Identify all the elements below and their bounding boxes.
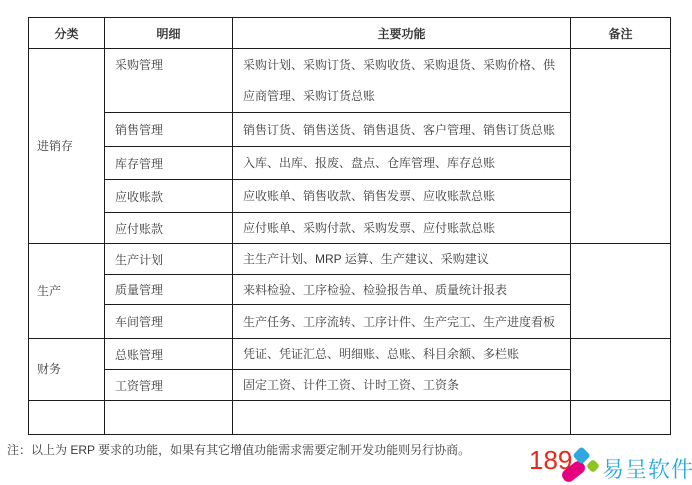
table-row: 生产 生产计划 主生产计划、MRP 运算、生产建议、采购建议 (29, 244, 671, 275)
features-cell: 固定工资、计件工资、计时工资、工资条 (233, 370, 571, 401)
brand-name: 易呈软件 (602, 453, 692, 484)
features-cell (233, 401, 571, 435)
category-cell (29, 401, 105, 435)
features-cell: 销售订货、销售送货、销售退货、客户管理、销售订货总账 (233, 113, 571, 147)
features-cell: 生产任务、工序流转、工序计件、生产完工、生产进度看板 (233, 305, 571, 339)
header-row: 分类 明细 主要功能 备注 (29, 18, 671, 49)
detail-cell: 采购管理 (105, 49, 233, 113)
features-cell: 采购计划、采购订货、采购收货、采购退货、采购价格、供应商管理、采购订货总账 (233, 49, 571, 113)
col-header-features: 主要功能 (233, 18, 571, 49)
features-cell: 入库、出库、报废、盘点、仓库管理、库存总账 (233, 147, 571, 180)
features-cell: 主生产计划、MRP 运算、生产建议、采购建议 (233, 244, 571, 275)
table-row (29, 401, 671, 435)
features-cell: 应付账单、采购付款、采购发票、应付账款总账 (233, 213, 571, 244)
detail-cell: 应付账款 (105, 213, 233, 244)
category-cell: 生产 (29, 244, 105, 339)
remark-cell (571, 401, 671, 435)
detail-cell: 销售管理 (105, 113, 233, 147)
features-cell: 凭证、凭证汇总、明细账、总账、科目余额、多栏账 (233, 339, 571, 370)
brand-logo (558, 446, 602, 485)
detail-cell: 质量管理 (105, 275, 233, 305)
logo-diamond-green-icon (586, 459, 600, 473)
col-header-remark: 备注 (571, 18, 671, 49)
detail-cell: 生产计划 (105, 244, 233, 275)
detail-cell: 应收账款 (105, 180, 233, 213)
table-row: 进销存 采购管理 采购计划、采购订货、采购收货、采购退货、采购价格、供应商管理、… (29, 49, 671, 113)
category-cell: 进销存 (29, 49, 105, 244)
erp-feature-table: 分类 明细 主要功能 备注 进销存 采购管理 采购计划、采购订货、采购收货、采购… (28, 17, 671, 435)
features-cell: 应收账单、销售收款、销售发票、应收账款总账 (233, 180, 571, 213)
detail-cell: 总账管理 (105, 339, 233, 370)
detail-cell: 车间管理 (105, 305, 233, 339)
detail-cell: 工资管理 (105, 370, 233, 401)
footer-note: 注：以上为 ERP 要求的功能，如果有其它增值功能需求需要定制开发功能则另行协商… (7, 442, 527, 458)
col-header-detail: 明细 (105, 18, 233, 49)
remark-cell (571, 49, 671, 244)
table-row: 财务 总账管理 凭证、凭证汇总、明细账、总账、科目余额、多栏账 (29, 339, 671, 370)
detail-cell (105, 401, 233, 435)
page: 分类 明细 主要功能 备注 进销存 采购管理 采购计划、采购订货、采购收货、采购… (0, 0, 692, 485)
category-cell: 财务 (29, 339, 105, 401)
features-cell: 来料检验、工序检验、检验报告单、质量统计报表 (233, 275, 571, 305)
remark-cell (571, 244, 671, 339)
remark-cell (571, 339, 671, 401)
detail-cell: 库存管理 (105, 147, 233, 180)
col-header-category: 分类 (29, 18, 105, 49)
